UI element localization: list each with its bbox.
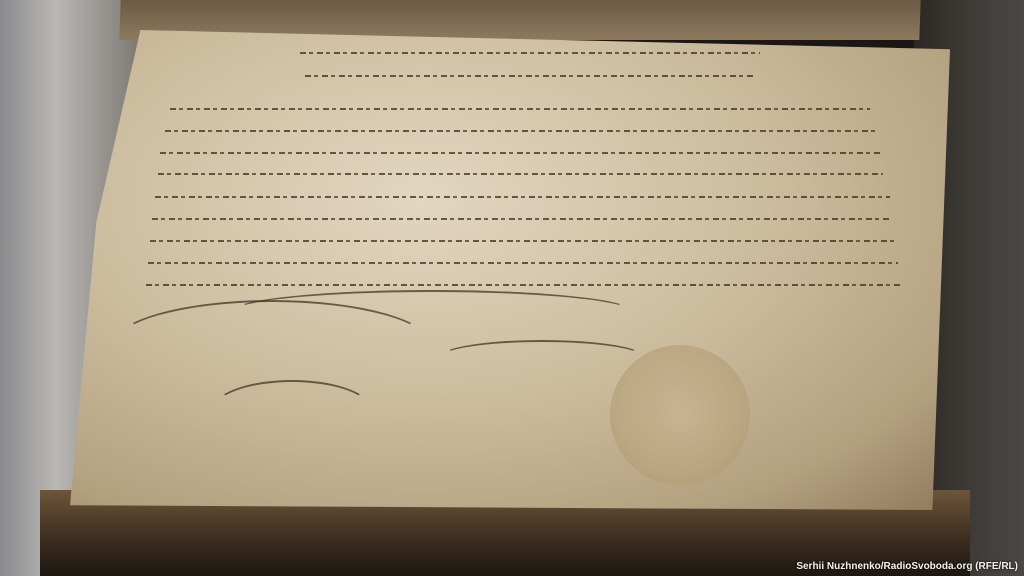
wax-seal <box>610 345 750 485</box>
photo-credit: Serhii Nuzhnenko/RadioSvoboda.org (RFE/R… <box>796 561 1018 572</box>
manuscript-page <box>70 30 950 510</box>
